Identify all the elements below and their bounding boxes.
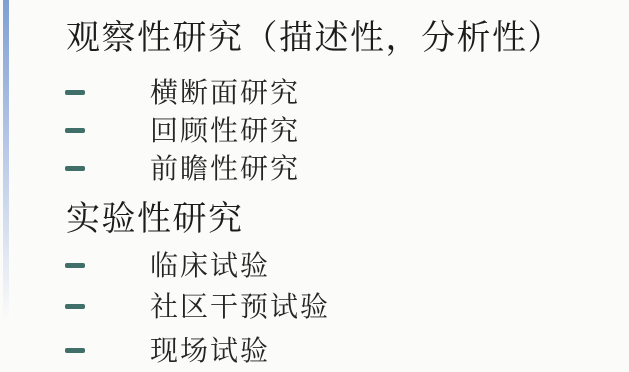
dash-bullet-icon [65,166,85,171]
dash-bullet-icon [65,304,85,309]
bullet-item: 社区干预试验 [0,290,629,324]
bullet-label: 现场试验 [150,334,270,368]
dash-bullet-icon [65,263,85,268]
bullet-item: 前瞻性研究 [0,152,629,186]
dash-bullet-icon [65,348,85,353]
bullet-label: 回顾性研究 [150,114,300,148]
dash-bullet-icon [65,128,85,133]
bullet-label: 临床试验 [150,249,270,283]
bullet-label: 横断面研究 [150,76,300,110]
dash-bullet-icon [65,90,85,95]
bullet-label: 社区干预试验 [150,290,330,324]
section-heading-experimental: 实验性研究 [66,199,626,239]
bullet-label: 前瞻性研究 [150,152,300,186]
section-heading-observational: 观察性研究（描述性，分析性） [66,18,626,58]
slide-canvas: 观察性研究（描述性，分析性） 横断面研究 回顾性研究 前瞻性研究 实验性研究 临… [0,0,629,372]
bullet-item: 回顾性研究 [0,114,629,148]
bullet-item: 临床试验 [0,249,629,283]
bullet-item: 现场试验 [0,334,629,368]
bullet-item: 横断面研究 [0,76,629,110]
